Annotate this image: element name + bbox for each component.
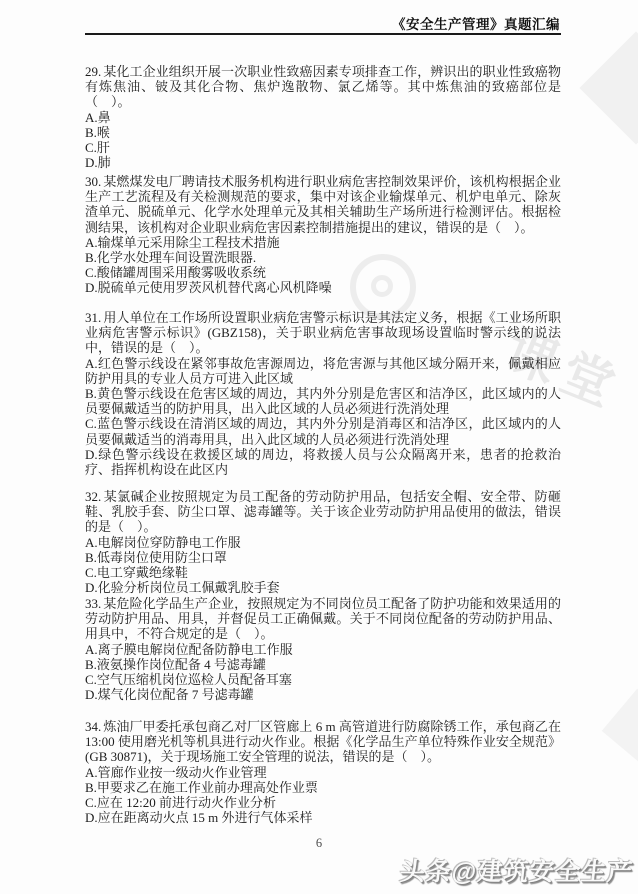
question-stem: 某燃煤发电厂聘请技术服务机构进行职业病危害控制效果评价，该机构根据企业生产工艺流… (85, 174, 561, 235)
option-c: C.肝 (85, 140, 561, 155)
question-33: 33.某危险化学品生产企业，按照规定为不同岗位员工配备了防护功能和效果适用的劳动… (85, 596, 561, 702)
option-c: C.蓝色警示线设在清消区域的周边，其内外分别是消毒区和洁净区，此区域内的人员要佩… (85, 416, 561, 446)
option-d: D.脱硫单元使用罗茨风机替代离心风机降噪 (85, 280, 561, 295)
corner-watermark-shape (579, 31, 638, 144)
question-number: 32. (85, 489, 101, 504)
page-title: 《安全生产管理》真题汇编 (392, 13, 560, 33)
question-number: 30. (85, 174, 101, 189)
option-c: C.空气压缩机岗位巡检人员配备耳塞 (85, 672, 561, 687)
option-a: A.管廊作业按一级动火作业管理 (85, 765, 561, 780)
option-c: C.应在 12:20 前进行动火作业分析 (85, 795, 561, 810)
option-a: A.电解岗位穿防静电工作服 (85, 535, 561, 550)
question-31: 31.用人单位在工作场所设置职业病危害警示标识是其法定义务，根据《工业场所职业病… (85, 310, 561, 477)
edge-watermark-shape (602, 689, 638, 766)
option-c: C.电工穿戴绝缘鞋 (85, 565, 561, 580)
option-b: B.甲要求乙在施工作业前办理高处作业票 (85, 780, 561, 795)
toutiao-brand-watermark: 头条@建筑安全生产 (398, 852, 635, 888)
question-number: 29. (85, 64, 101, 79)
option-d: D.肺 (85, 155, 561, 170)
option-b: B.喉 (85, 125, 561, 140)
option-b: B.化学水处理车间设置洗眼器. (85, 250, 561, 265)
header-divider (85, 33, 561, 35)
question-stem: 用人单位在工作场所设置职业病危害警示标识是其法定义务，根据《工业场所职业病危害警… (85, 310, 561, 355)
option-a: A.鼻 (85, 110, 561, 125)
option-b: B.黄色警示线设在危害区域的周边，其内外分别是危害区和洁净区，此区域内的人员要佩… (85, 386, 561, 416)
option-a: A.输煤单元采用除尘工程技术措施 (85, 235, 561, 250)
question-30: 30.某燃煤发电厂聘请技术服务机构进行职业病危害控制效果评价，该机构根据企业生产… (85, 174, 561, 296)
question-34: 34.炼油厂甲委托承包商乙对厂区管廊上 6 m 高管道进行防腐除锈工作，承包商乙… (85, 719, 561, 825)
page-number: 6 (0, 836, 638, 851)
option-d: D.煤气化岗位配备 7 号滤毒罐 (85, 687, 561, 702)
question-stem: 某化工企业组织开展一次职业性致癌因素专项排查工作，辨识出的职业性致癌物有炼焦油、… (85, 64, 561, 109)
question-number: 33. (85, 596, 101, 611)
question-stem: 炼油厂甲委托承包商乙对厂区管廊上 6 m 高管道进行防腐除锈工作，承包商乙在 1… (85, 719, 561, 764)
question-32: 32.某氯碱企业按照规定为员工配备的劳动防护用品，包括安全帽、安全带、防砸鞋、乳… (85, 489, 561, 595)
option-c: C.酸储罐周围采用酸雾吸收系统 (85, 265, 561, 280)
option-a: A.离子膜电解岗位配备防静电工作服 (85, 642, 561, 657)
option-d: D.化验分析岗位员工佩戴乳胶手套 (85, 580, 561, 595)
option-a: A.红色警示线设在紧邻事故危害源周边，将危害源与其他区域分隔开来，佩戴相应防护用… (85, 356, 561, 386)
option-d: D.绿色警示线设在救援区域的周边，将救援人员与公众隔离开来，患者的抢救治疗、指挥… (85, 447, 561, 477)
document-page: 课堂 《安全生产管理》真题汇编 29.某化工企业组织开展一次职业性致癌因素专项排… (0, 0, 638, 894)
question-number: 31. (85, 310, 101, 325)
option-d: D.应在距离动火点 15 m 外进行气体采样 (85, 810, 561, 825)
question-29: 29.某化工企业组织开展一次职业性致癌因素专项排查工作，辨识出的职业性致癌物有炼… (85, 64, 561, 170)
option-b: B.低毒岗位使用防尘口罩 (85, 550, 561, 565)
question-stem: 某氯碱企业按照规定为员工配备的劳动防护用品，包括安全帽、安全带、防砸鞋、乳胶手套… (85, 489, 561, 534)
question-number: 34. (85, 719, 101, 734)
option-b: B.液氨操作岗位配备 4 号滤毒罐 (85, 657, 561, 672)
question-stem: 某危险化学品生产企业，按照规定为不同岗位员工配备了防护功能和效果适用的劳动防护用… (85, 596, 561, 641)
